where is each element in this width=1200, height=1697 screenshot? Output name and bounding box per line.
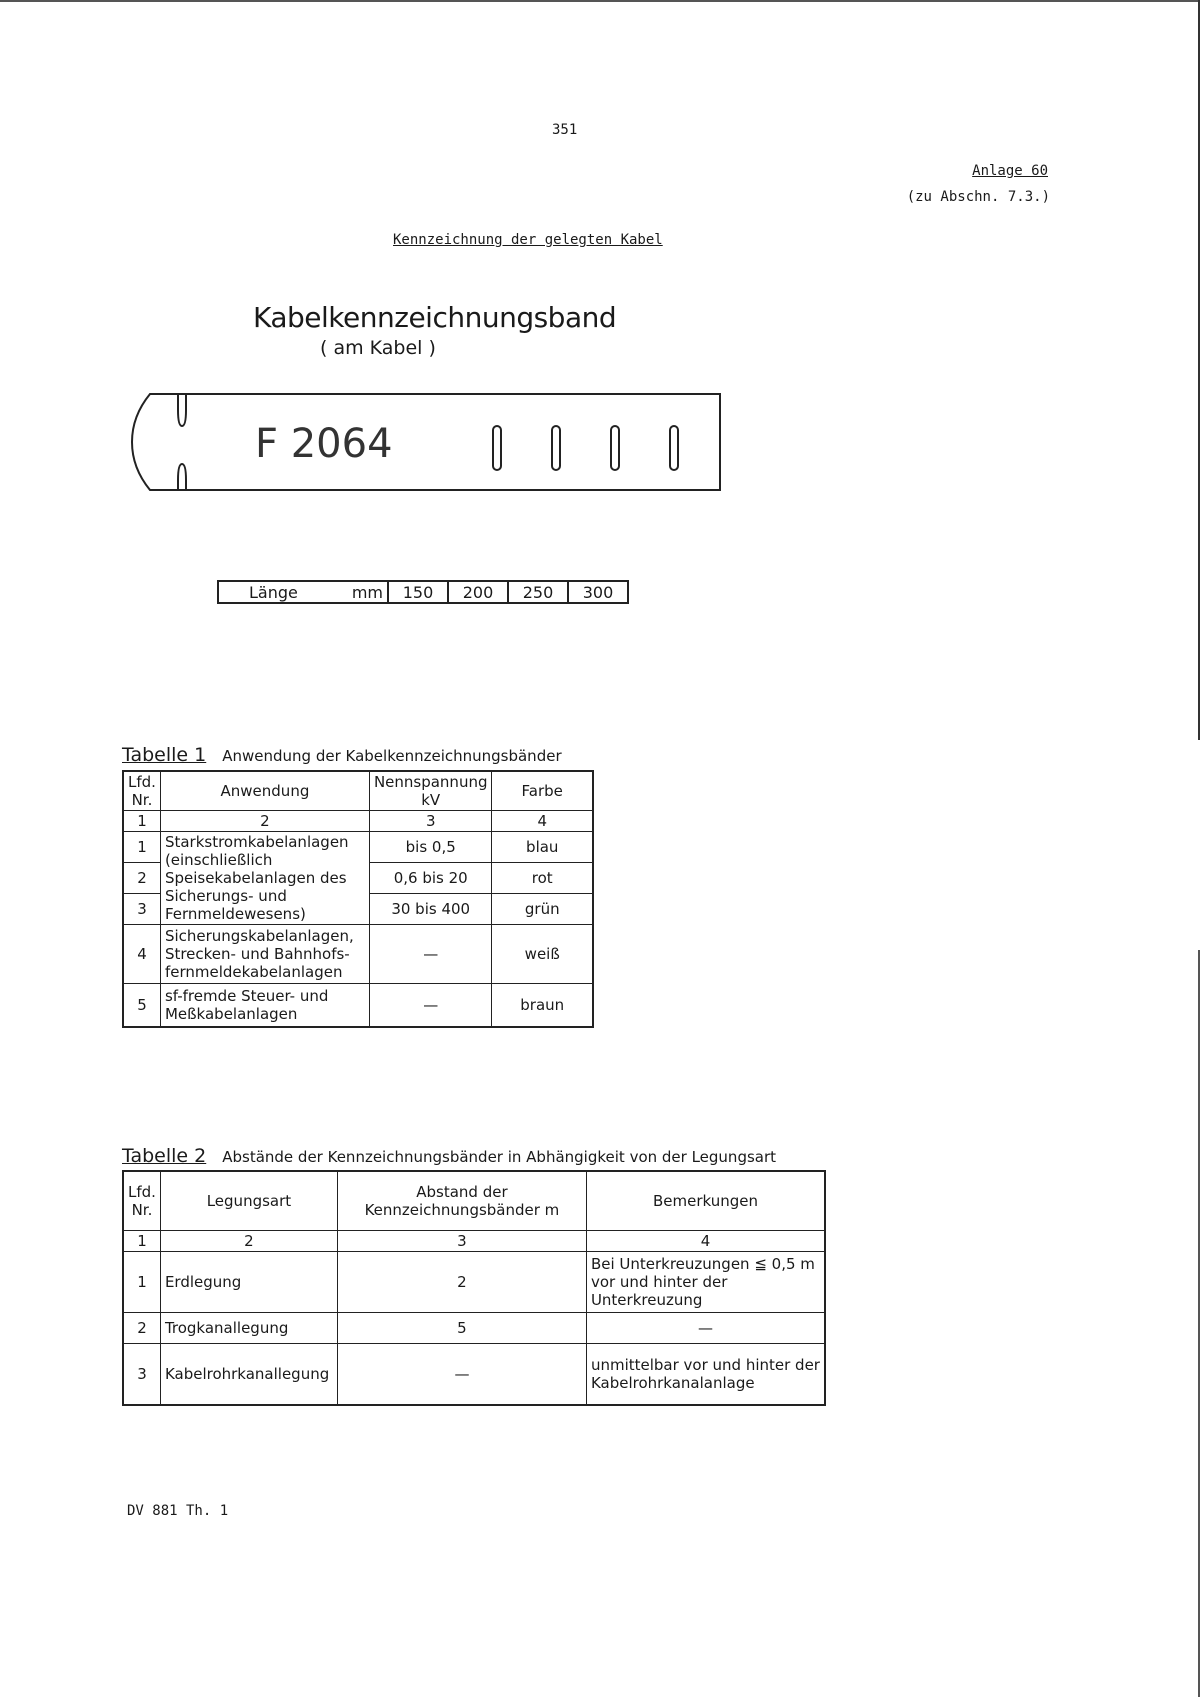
table2-header: Bemerkungen <box>586 1171 825 1231</box>
annex-label: Anlage 60 <box>972 163 1048 179</box>
table-row: 1 Starkstromkabelanlagen (einschließlich… <box>123 832 593 863</box>
annex-reference: (zu Abschn. 7.3.) <box>907 189 1050 205</box>
table1-header: Farbe <box>492 771 593 811</box>
table2-caption: Tabelle 2Abstände der Kennzeichnungsbänd… <box>122 1145 776 1167</box>
document-footer: DV 881 Th. 1 <box>127 1503 228 1519</box>
band-label: F 2064 <box>255 421 393 467</box>
page-number: 351 <box>552 122 577 138</box>
table2: Lfd. Nr. Legungsart Abstand der Kennzeic… <box>122 1170 826 1406</box>
scan-edge-top <box>0 0 1200 2</box>
band-title: Kabelkennzeichnungsband <box>253 301 616 334</box>
table1-caption: Tabelle 1Anwendung der Kabelkennzeichnun… <box>122 744 562 766</box>
length-value: 300 <box>568 581 628 603</box>
table2-header: Lfd. Nr. <box>123 1171 160 1231</box>
length-value: 200 <box>448 581 508 603</box>
table-row: 3 Kabelrohrkanallegung — unmittelbar vor… <box>123 1344 825 1406</box>
table1: Lfd. Nr. Anwendung Nennspannung kV Farbe… <box>122 770 594 1028</box>
table-row: 1 Erdlegung 2 Bei Unterkreuzungen ≦ 0,5 … <box>123 1252 825 1313</box>
length-value: 250 <box>508 581 568 603</box>
table2-header: Legungsart <box>160 1171 337 1231</box>
table1-header: Lfd. Nr. <box>123 771 160 811</box>
section-title: Kennzeichnung der gelegten Kabel <box>393 232 663 248</box>
band-subtitle: ( am Kabel ) <box>320 337 436 359</box>
table-row: 2 Trogkanallegung 5 — <box>123 1313 825 1344</box>
length-value: 150 <box>388 581 448 603</box>
table1-header: Nennspannung kV <box>369 771 492 811</box>
length-label-cell: Längemm <box>218 581 388 603</box>
table-row: 4 Sicherungskabelanlagen, Strecken- und … <box>123 925 593 984</box>
table-row: 5 sf-fremde Steuer- und Meßkabelanlagen … <box>123 984 593 1028</box>
length-table: Längemm 150 200 250 300 <box>217 580 629 604</box>
table1-header: Anwendung <box>160 771 369 811</box>
cable-marker-band-drawing: F 2064 <box>130 390 730 500</box>
table2-header: Abstand der Kennzeichnungsbänder m <box>337 1171 586 1231</box>
